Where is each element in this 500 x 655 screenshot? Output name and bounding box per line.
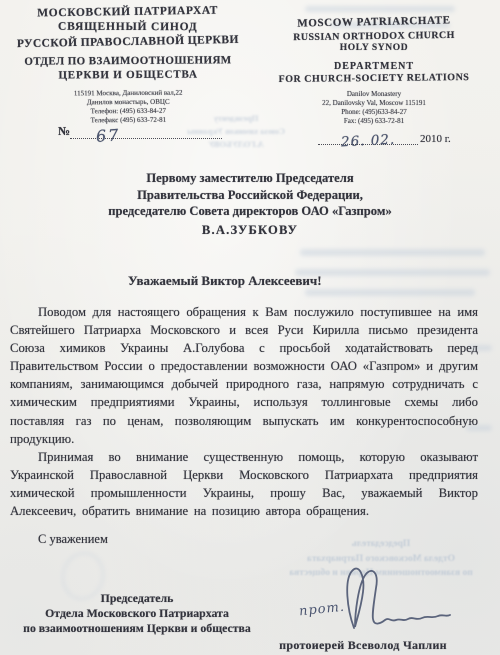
number-handwritten: 67 (69, 125, 121, 147)
scanned-letter-page: Президенту Союза химиков Украины А.ГОЛУБ… (0, 0, 500, 655)
bleedthrough-smudge (300, 249, 485, 256)
bleedthrough-smudge (305, 289, 475, 296)
date-handwritten: 26. 02. (340, 132, 395, 151)
addressee-line: председателю Совета директоров ОАО «Газп… (20, 203, 480, 220)
letterhead-ru-org1: МОСКОВСКИЙ ПАТРИАРХАТ (6, 4, 250, 20)
signer-name: протоиерей Всеволод Чаплин (238, 638, 488, 653)
letterhead-en-dept1: DEPARTMENT (252, 61, 496, 72)
signer-title-block: Председатель Отдела Московского Патриарх… (0, 591, 274, 637)
document-date: 26. 02.2010 г. (318, 131, 451, 145)
addressee-name: В.А.ЗУБКОВУ (20, 222, 480, 239)
letterhead-en-dept2: FOR CHURCH-SOCIETY RELATIONS (252, 72, 496, 86)
address-line: 22, Danilovsky Val, Moscow 115191 (252, 99, 496, 108)
signer-title-line: Председатель (0, 591, 274, 606)
address-line: Fax: (495) 633-72-81 (252, 117, 496, 126)
number-dotted-line: 67 (70, 125, 222, 139)
date-year: 2010 г. (418, 133, 451, 145)
letterhead-ru-org3: РУССКОЙ ПРАВОСЛАВНОЙ ЦЕРКВИ (6, 34, 250, 51)
number-label: № (58, 124, 70, 138)
letterhead-ru-address: 115191 Москва, Даниловский вал,22 Данило… (6, 88, 250, 126)
addressee-line: Первому заместителю Председателя (20, 170, 480, 187)
letterhead-ru-dept2: ЦЕРКВИ И ОБЩЕСТВА (6, 68, 250, 82)
letterhead-en-address: Danilov Monastery 22, Danilovsky Val, Mo… (252, 90, 496, 126)
address-line: Danilov Monastery (252, 90, 496, 99)
letterhead-russian: МОСКОВСКИЙ ПАТРИАРХАТ СВЯЩЕННЫЙ СИНОД РУ… (6, 5, 251, 126)
signer-title-line: по взаимоотношениям Церкви и общества (0, 621, 274, 636)
closing-phrase: С уважением (38, 532, 108, 547)
letterhead-en-org3: HOLY SYNOD (252, 43, 496, 53)
body-paragraph-1: Поводом для настоящего обращения к Вам п… (10, 303, 478, 448)
letterhead-ru-dept1: ОТДЕЛ ПО ВЗАИМООТНОШЕНИЯМ (6, 54, 250, 68)
salutation: Уважаемый Виктор Алексеевич! (128, 273, 322, 289)
letterhead-en-org2: RUSSIAN ORTHODOX CHURCH (252, 29, 496, 43)
document-number: №67 (58, 124, 222, 139)
bleedthrough-line: Председатель (270, 537, 492, 552)
body-paragraph-2: Принимая во внимание существенную помощь… (10, 448, 478, 520)
bleedthrough-line: А.ГОЛУБОВУ (172, 138, 300, 151)
address-line: Phone: (495)633-84-27 (252, 108, 496, 117)
addressee-block: Первому заместителю Председателя Правите… (20, 170, 480, 238)
bleedthrough-smudge (305, 6, 455, 12)
signer-title-line: Отдела Московского Патриархата (0, 606, 274, 621)
addressee-line: Правительства Российской Федерации, (20, 187, 480, 204)
date-dotted-line: 26. 02. (318, 131, 418, 145)
letterhead-en-org1: MOSCOW PATRIARCHATE (252, 13, 496, 30)
letter-body: Поводом для настоящего обращения к Вам п… (10, 303, 478, 520)
letterhead-english: MOSCOW PATRIARCHATE RUSSIAN ORTHODOX CHU… (252, 16, 496, 126)
letterhead-ru-org2: СВЯЩЕННЫЙ СИНОД (6, 21, 250, 34)
bleedthrough-smudge (295, 269, 490, 276)
signature-scrawl (292, 564, 470, 638)
